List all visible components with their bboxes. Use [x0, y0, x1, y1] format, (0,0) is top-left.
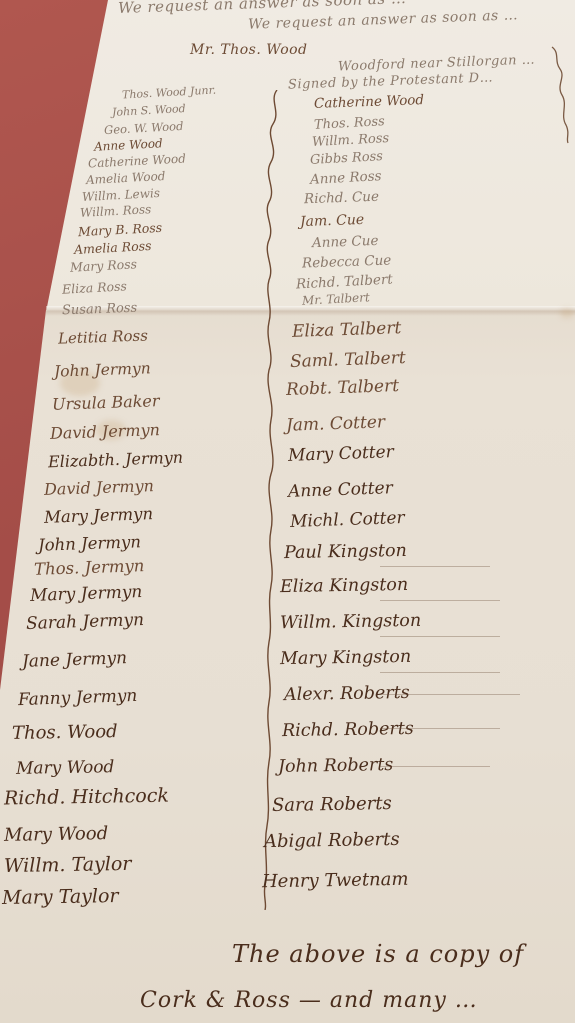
list-item: Jam. Cue: [300, 212, 365, 230]
list-item: John Jermyn: [54, 359, 151, 380]
list-item: Rebecca Cue: [302, 252, 392, 271]
list-item: Thos. Wood: [12, 721, 118, 744]
list-item: Mary Wood: [16, 757, 115, 779]
list-item: Mary Wood: [4, 823, 108, 846]
list-item: Willm. Kingston: [280, 611, 421, 633]
list-item: John Roberts: [278, 755, 394, 777]
list-item: Fanny Jermyn: [18, 686, 138, 710]
list-item: Robt. Talbert: [286, 376, 400, 400]
column-brace: [255, 90, 285, 910]
list-item: Sarah Jermyn: [26, 610, 145, 634]
paper-stain: [560, 308, 574, 318]
list-item: Willm. Taylor: [4, 853, 132, 877]
list-item: Mary Kingston: [280, 647, 411, 669]
ruled-line: [380, 600, 500, 601]
list-item: David Jermyn: [50, 420, 161, 443]
list-item: Richd. Cue: [304, 189, 379, 208]
footer-line-1: The above is a copy of: [232, 940, 524, 968]
list-item: Henry Twetnam: [262, 869, 409, 893]
list-item: Eliza Talbert: [292, 318, 402, 342]
list-item: Anne Cue: [312, 233, 379, 251]
list-item: Mary Cotter: [288, 442, 394, 466]
list-item: Mary Jermyn: [30, 582, 143, 606]
list-item: Mary Taylor: [2, 885, 119, 909]
ruled-line: [380, 766, 490, 767]
list-item: Thos. Jermyn: [34, 556, 145, 579]
list-item: Mary Jermyn: [44, 504, 154, 527]
ruled-line: [380, 694, 520, 695]
right-brace-upper: [548, 45, 573, 145]
list-item: John Jermyn: [38, 532, 142, 555]
list-item: Saml. Talbert: [290, 348, 406, 372]
list-item: Sara Roberts: [272, 793, 392, 816]
list-item: Paul Kingston: [284, 541, 407, 563]
addressee: Mr. Thos. Wood: [190, 42, 308, 58]
list-item: Jam. Cotter: [286, 412, 386, 435]
list-item: Abigal Roberts: [264, 829, 400, 852]
ruled-line: [380, 672, 500, 673]
list-item: Susan Ross: [62, 301, 138, 319]
ruled-line: [380, 728, 500, 729]
list-item: Richd. Hitchcock: [4, 785, 169, 810]
list-item: Eliza Kingston: [280, 575, 408, 597]
list-item: Jane Jermyn: [22, 648, 128, 672]
list-item: David Jermyn: [44, 476, 155, 499]
footer-line-2: Cork & Ross — and many …: [140, 988, 478, 1013]
list-item: Richd. Roberts: [282, 719, 414, 741]
list-item: Anne Cotter: [288, 478, 393, 502]
list-item: Letitia Ross: [58, 326, 148, 347]
ruled-line: [380, 636, 500, 637]
ruled-line: [380, 566, 490, 567]
list-item: Ursula Baker: [52, 391, 160, 414]
list-item: Michl. Cotter: [290, 508, 405, 532]
